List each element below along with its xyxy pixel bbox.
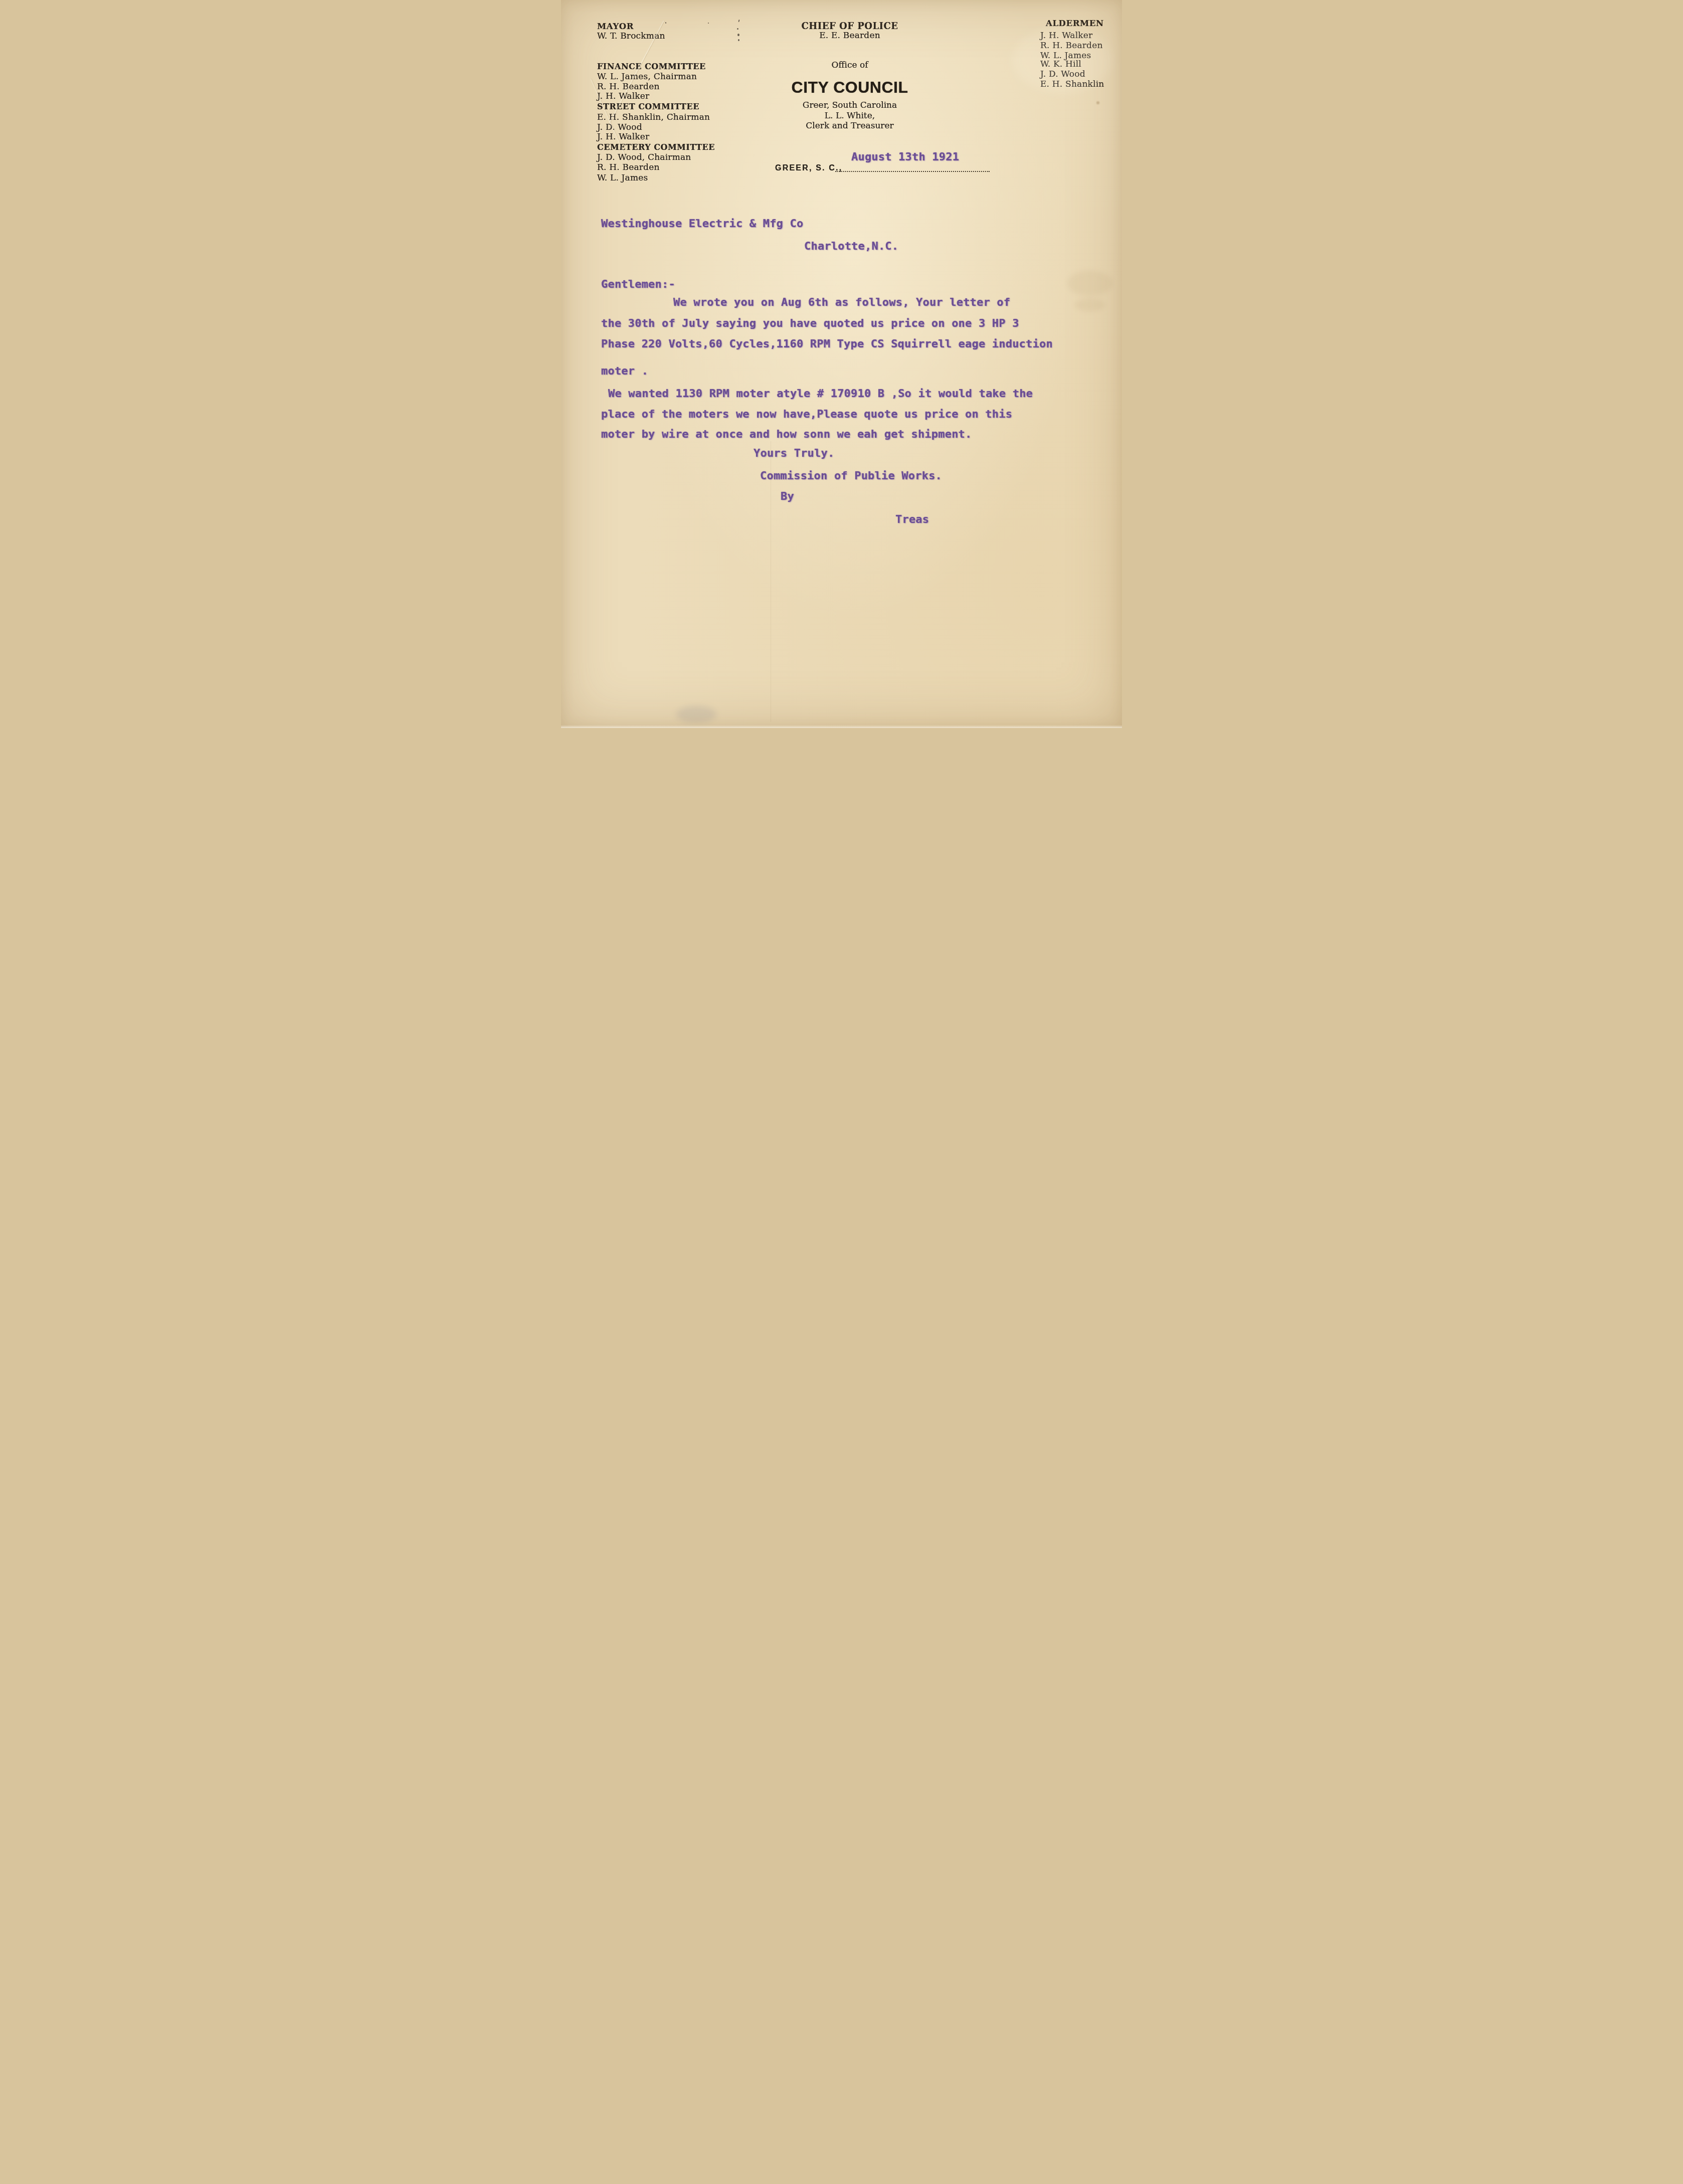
salutation: Gentlemen:- (601, 279, 675, 290)
committee-member: W. L. James (597, 174, 648, 183)
chief-of-police-name: E. E. Bearden (819, 32, 880, 40)
paper-stain (1096, 101, 1099, 104)
committee-member: W. L. James, Chairman (597, 73, 697, 81)
body-line: Phase 220 Volts,60 Cycles,1160 RPM Type … (601, 339, 1053, 350)
signature-org: Commission of Publie Works. (760, 471, 942, 482)
committee-member: J. D. Wood (597, 123, 642, 132)
by-label: By (781, 491, 794, 502)
recipient-name: Westinghouse Electric & Mfg Co (601, 219, 803, 230)
org-location: Greer, South Carolina (803, 101, 897, 110)
ink-speck (708, 23, 709, 24)
committee-member: J. D. Wood, Chairman (597, 153, 691, 162)
typed-date: August 13th 1921 (851, 152, 959, 163)
recipient-city: Charlotte,N.C. (804, 241, 898, 252)
ink-speck (738, 20, 739, 22)
aldermen-title: ALDERMEN (1046, 20, 1104, 28)
dateline-place: GREER, S. C., (775, 164, 842, 172)
mayor-title: MAYOR (597, 23, 634, 31)
body-line: place of the moters we now have,Please q… (601, 409, 1012, 420)
body-line: moter by wire at once and how sonn we ea… (601, 429, 972, 440)
body-line: moter . (601, 366, 648, 377)
committee-title: FINANCE COMMITTEE (597, 63, 706, 71)
paper-stain (1067, 271, 1112, 296)
paper-stain (1075, 298, 1105, 311)
paper-stain (1012, 28, 1112, 93)
committee-title: STREET COMMITTEE (597, 103, 699, 111)
clerk-name: L. L. White, (825, 112, 875, 120)
body-line: We wrote you on Aug 6th as follows, Your… (673, 297, 1010, 308)
letter-document: MAYOR W. T. Brockman FINANCE COMMITTEE W… (561, 0, 1122, 728)
org-name: CITY COUNCIL (792, 79, 908, 95)
paper-scratch (771, 441, 771, 722)
body-line: the 30th of July saying you have quoted … (601, 318, 1019, 329)
committee-member: R. H. Bearden (597, 163, 660, 172)
ink-speck (665, 22, 666, 24)
committee-member: J. H. Walker (597, 133, 649, 141)
signer-title: Treas (895, 514, 929, 525)
office-of-label: Office of (832, 61, 868, 70)
ink-showthrough (676, 706, 716, 723)
ink-speck (737, 28, 738, 30)
ink-speck (738, 39, 739, 41)
body-line: We wanted 1130 RPM moter atyle # 170910 … (608, 389, 1033, 400)
ink-speck (737, 34, 739, 36)
clerk-title: Clerk and Treasurer (806, 122, 893, 130)
dateline-rule (835, 171, 990, 172)
chief-of-police-title: CHIEF OF POLICE (801, 22, 898, 31)
closing: Yours Truly. (754, 448, 834, 459)
committee-title: CEMETERY COMMITTEE (597, 143, 715, 151)
